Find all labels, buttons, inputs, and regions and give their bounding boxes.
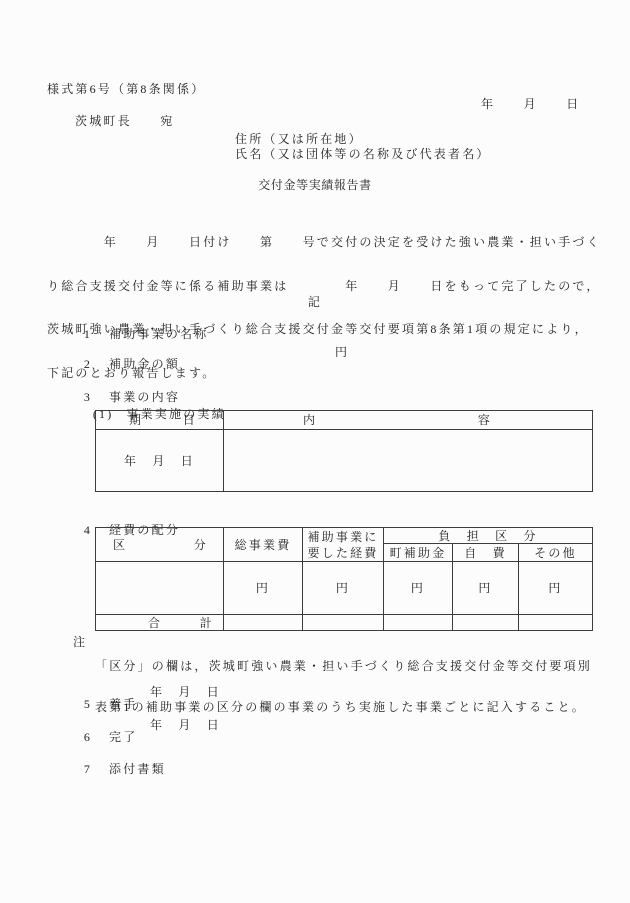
results-content-blank-cell (224, 430, 593, 492)
content-header-left: 内 (303, 414, 317, 426)
item-6-date-blank: 年 月 日 (150, 719, 221, 731)
expense-category-header-cell: 区 分 (96, 528, 224, 562)
note-marker: 注 (73, 636, 87, 648)
date-blank-line: 年 月 日 (481, 98, 580, 110)
burden-group-header-cell: 負 担 区 分 (384, 528, 593, 544)
town-subsidy-header-cell: 町補助金 (384, 544, 453, 562)
implementation-results-table: 期 日 内 容 年 月 日 (95, 410, 593, 492)
opening-line-1: 年 月 日付け 第 号で交付の決定を受けた強い農業・担い手づく (47, 236, 601, 256)
category-header-left: 区 (113, 539, 127, 551)
note-line-2: 表第1の補助事業の区分の欄の事業のうち実施した事業ごとに記入すること。 (95, 701, 592, 718)
subsidy-expense-header-cell: 補助事業に 要した経費 (303, 528, 384, 562)
total-row-blank-cell (384, 615, 453, 631)
total-row-blank-cell (453, 615, 519, 631)
total-cost-header-cell: 総事業費 (224, 528, 303, 562)
item-6: 6完了 (63, 719, 137, 755)
content-header-right: 容 (478, 414, 492, 426)
total-row-blank-cell (224, 615, 303, 631)
item-2-unit: 円 (335, 346, 349, 358)
address-label: 住所（又は所在地） (235, 133, 363, 145)
subsidy-expense-unit-cell: 円 (303, 562, 384, 615)
item-1-number: 1 (84, 327, 92, 341)
item-5: 5着手 (63, 686, 137, 722)
document-title: 交付金等実績報告書 (0, 179, 630, 191)
date-header-right: 日 (183, 414, 197, 426)
total-cost-unit-cell: 円 (224, 562, 303, 615)
item-1-label: 補助事業の名称 (109, 327, 208, 341)
other-header-cell: その他 (519, 544, 593, 562)
item-5-label: 着手 (109, 697, 137, 711)
results-date-blank-cell: 年 月 日 (96, 430, 224, 492)
results-content-header-cell: 内 容 (224, 411, 593, 430)
item-7-number: 7 (84, 762, 92, 776)
category-header-right: 分 (194, 539, 208, 551)
self-funded-header-cell: 自 費 (453, 544, 519, 562)
item-7-label: 添付書類 (109, 762, 166, 776)
name-label: 氏名（又は団体等の名称及び代表者名） (235, 148, 491, 160)
other-unit-cell: 円 (519, 562, 593, 615)
results-date-header-cell: 期 日 (96, 411, 224, 430)
item-6-number: 6 (84, 730, 92, 744)
date-header-left: 期 (129, 414, 143, 426)
expense-allocation-table: 区 分 総事業費 補助事業に 要した経費 負 担 区 分 町補助金 自 費 その… (95, 527, 593, 631)
item-2-label: 補助金の額 (109, 357, 180, 371)
report-form-page: 様式第6号（第8条関係） 年 月 日 茨城町長 宛 住所（又は所在地） 氏名（又… (0, 0, 630, 903)
form-number: 様式第6号（第8条関係） (47, 83, 205, 95)
total-row-blank-cell (519, 615, 593, 631)
item-2: 2補助金の額 (63, 346, 180, 382)
expense-category-blank-cell (96, 562, 224, 615)
town-subsidy-unit-cell: 円 (384, 562, 453, 615)
self-funded-unit-cell: 円 (453, 562, 519, 615)
item-2-number: 2 (84, 357, 92, 371)
item-5-date-blank: 年 月 日 (150, 686, 221, 698)
addressee-line: 茨城町長 宛 (75, 115, 174, 127)
item-5-number: 5 (84, 697, 92, 711)
item-4-number: 4 (84, 523, 92, 537)
item-6-label: 完了 (109, 730, 137, 744)
item-7: 7添付書類 (63, 751, 166, 787)
note-line-1: 「区分」の欄は，茨城町強い農業・担い手づくり総合支援交付金等交付要項別 (95, 660, 592, 677)
total-row-label-cell: 合 計 (96, 615, 224, 631)
total-row-blank-cell (303, 615, 384, 631)
ki-heading: 記 (0, 296, 630, 308)
